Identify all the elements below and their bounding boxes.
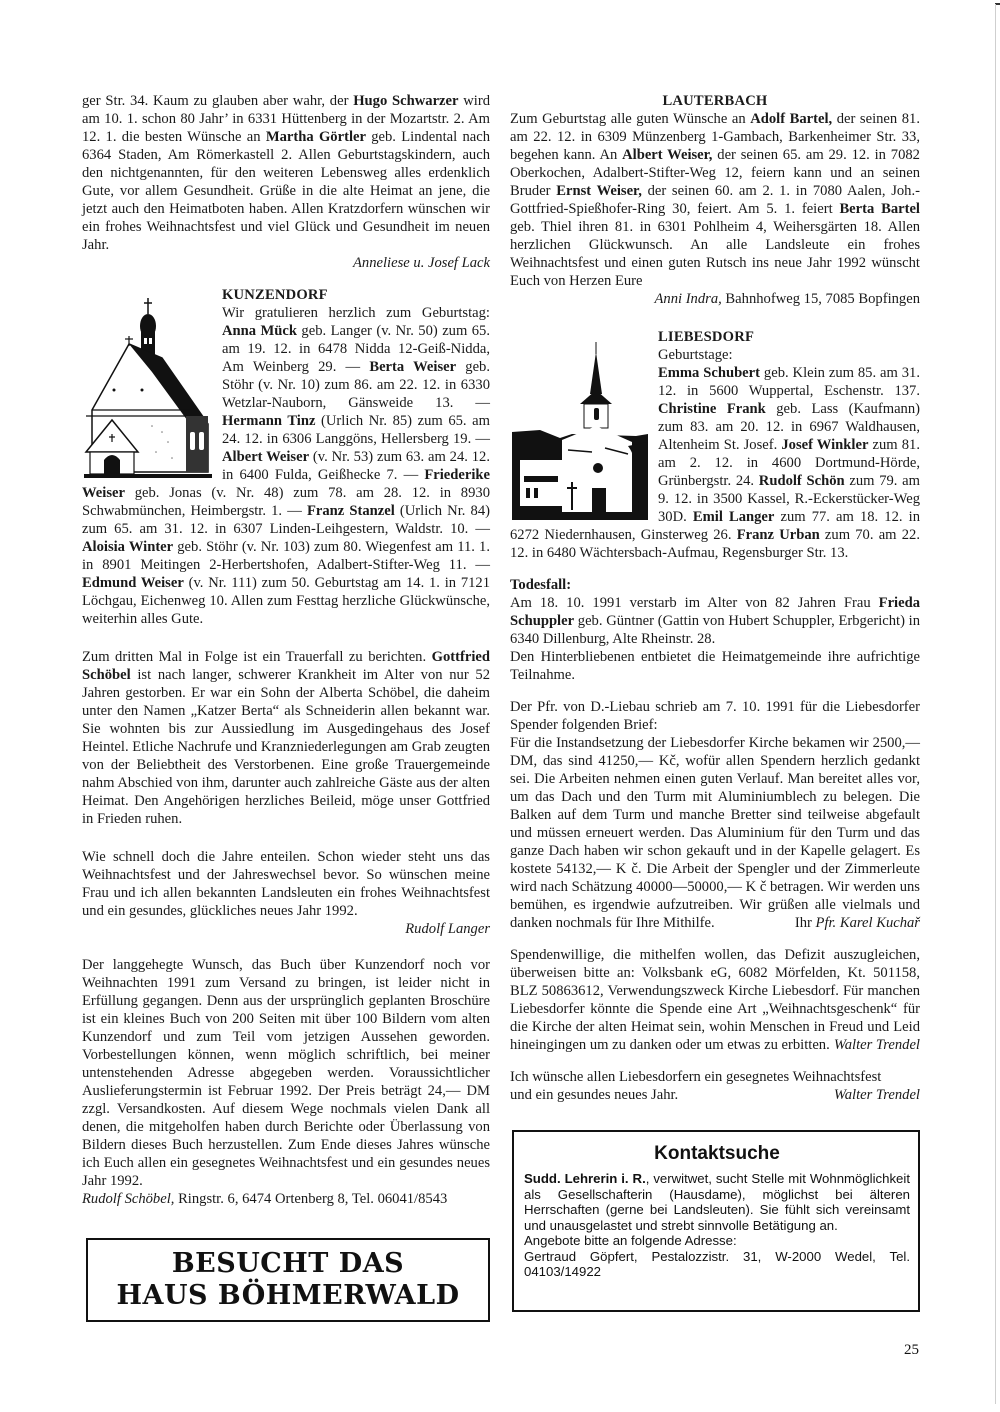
liebesdorf-section: LIEBESDORF Geburtstage: Emma Schubert ge… xyxy=(510,328,920,562)
scan-edge-line xyxy=(995,4,996,1404)
contact-box-title: Kontaktsuche xyxy=(524,1142,910,1166)
wish-line-2: und ein gesundes neues Jahr. xyxy=(510,1086,678,1104)
condolence-text: Den Hinterbliebenen entbietet die Heimat… xyxy=(510,648,920,684)
lauterbach-section: LAUTERBACH Zum Geburtstag alle guten Wün… xyxy=(510,92,920,308)
kratzdorf-text: ger Str. 34. Kaum zu glauben aber wahr, … xyxy=(82,92,490,254)
priest-letter-section: Der Pfr. von D.-Liebau schrieb am 7. 10.… xyxy=(510,698,920,932)
kunzendorf-church-image xyxy=(82,292,214,482)
kunzendorf-section: KUNZENDORF Wir gratulieren herzlich zum … xyxy=(82,286,490,628)
section-heading-lauterbach: LAUTERBACH xyxy=(510,92,920,110)
wish-line-1: Ich wünsche allen Liebesdorfern ein gese… xyxy=(510,1068,920,1086)
obituary-text: Zum dritten Mal in Folge ist ein Trauerf… xyxy=(82,648,490,828)
kontaktsuche-box: Kontaktsuche Sudd. Lehrerin i. R., verwi… xyxy=(512,1130,920,1312)
kratzdorf-continuation: ger Str. 34. Kaum zu glauben aber wahr, … xyxy=(82,92,490,272)
church-drawing-icon xyxy=(82,292,214,482)
signature: Walter Trendel xyxy=(834,1036,920,1054)
greeting-text: Wie schnell doch die Jahre enteilen. Sch… xyxy=(82,848,490,920)
haus-boehmerwald-banner: BESUCHT DAS HAUS BÖHMERWALD xyxy=(86,1238,490,1322)
document-page: ger Str. 34. Kaum zu glauben aber wahr, … xyxy=(0,0,1000,1412)
donation-text: Spendenwillige, die mithelfen wollen, da… xyxy=(510,946,920,1054)
death-notice-section: Todesfall: Am 18. 10. 1991 verstarb im A… xyxy=(510,576,920,684)
right-column: LAUTERBACH Zum Geburtstag alle guten Wün… xyxy=(510,92,920,1118)
signature: Rudolf Langer xyxy=(82,920,490,938)
contact-box-text: Sudd. Lehrerin i. R., verwitwet, sucht S… xyxy=(524,1171,910,1233)
letter-body: Für die Instandsetzung der Liebesdorfer … xyxy=(510,734,920,932)
banner-line-1: BESUCHT DAS xyxy=(88,1248,488,1280)
death-notice-text: Am 18. 10. 1991 verstarb im Alter von 82… xyxy=(510,594,920,648)
church-drawing-icon xyxy=(510,342,650,520)
greeting-section: Wie schnell doch die Jahre enteilen. Sch… xyxy=(82,848,490,938)
book-signature: Rudolf Schöbel, Ringstr. 6, 6474 Ortenbe… xyxy=(82,1190,490,1208)
contact-box-line-2: Angebote bitte an folgende Adresse: xyxy=(524,1233,910,1249)
signature: Walter Trendel xyxy=(834,1086,920,1104)
left-column: ger Str. 34. Kaum zu glauben aber wahr, … xyxy=(82,92,490,1222)
death-notice-heading: Todesfall: xyxy=(510,576,920,594)
letter-intro: Der Pfr. von D.-Liebau schrieb am 7. 10.… xyxy=(510,698,920,734)
book-section: Der langgehegte Wunsch, das Buch über Ku… xyxy=(82,956,490,1208)
signature: Anneliese u. Josef Lack xyxy=(82,254,490,272)
contact-box-address: Gertraud Göpfert, Pestalozzistr. 31, W-2… xyxy=(524,1249,910,1280)
book-text: Der langgehegte Wunsch, das Buch über Ku… xyxy=(82,956,490,1190)
liebesdorf-church-image xyxy=(510,342,650,520)
donation-section: Spendenwillige, die mithelfen wollen, da… xyxy=(510,946,920,1054)
wish-section: Ich wünsche allen Liebesdorfern ein gese… xyxy=(510,1068,920,1104)
obituary-section: Zum dritten Mal in Folge ist ein Trauerf… xyxy=(82,648,490,828)
signature: Anni Indra, Bahnhofweg 15, 7085 Bopfinge… xyxy=(510,290,920,308)
page-number: 25 xyxy=(904,1342,919,1359)
wish-line-2-row: und ein gesundes neues Jahr. Walter Tren… xyxy=(510,1086,920,1104)
lauterbach-text: Zum Geburtstag alle guten Wünsche an Ado… xyxy=(510,110,920,290)
banner-line-2: HAUS BÖHMERWALD xyxy=(88,1280,488,1312)
